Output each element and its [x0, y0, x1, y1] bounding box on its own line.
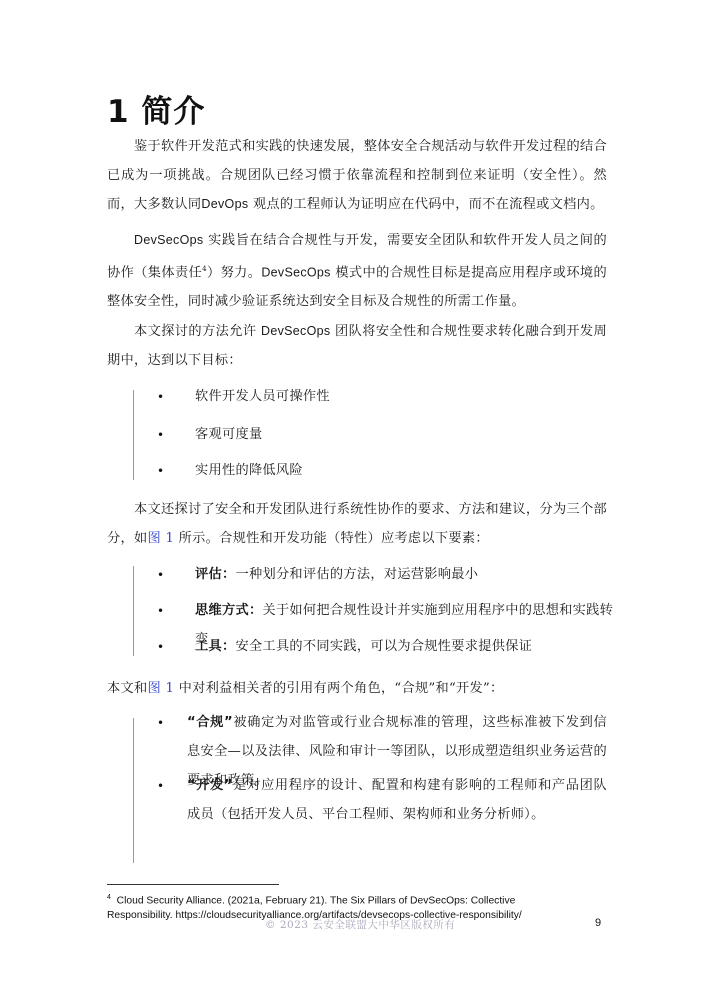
document-page: 1 简介 鉴于软件开发范式和实践的快速发展，整体安全合规活动与软件开发过程的结合…: [0, 0, 710, 1004]
figure-1-link[interactable]: 图 1: [147, 681, 174, 696]
bullet-icon: •: [157, 390, 164, 404]
section-heading: 1 简介: [107, 86, 205, 131]
paragraph-goals-intro: 本文探讨的方法允许 DevSecOps 团队将安全性和合规性要求转化融合到开发周…: [107, 317, 607, 375]
list-bar: [133, 390, 134, 480]
list-bar: [133, 718, 134, 863]
paragraph-elements-intro: 本文还探讨了安全和开发团队进行系统性协作的要求、方法和建议，分为三个部分，如图 …: [107, 495, 607, 553]
bullet-icon: •: [157, 464, 164, 478]
list-item: “开发”是对应用程序的设计、配置和构建有影响的工程师和产品团队成员（包括开发人员…: [187, 771, 607, 829]
bullet-icon: •: [157, 779, 164, 793]
list-item: 评估：一种划分和评估的方法，对运营影响最小: [195, 560, 615, 589]
section-title: 简介: [141, 94, 205, 130]
list-item: 实用性的降低风险: [195, 456, 615, 485]
footnote-divider: [107, 884, 279, 885]
list-item: 客观可度量: [195, 420, 615, 449]
bullet-icon: •: [157, 640, 164, 654]
list-bar: [133, 566, 134, 656]
figure-1-link[interactable]: 图 1: [147, 531, 174, 546]
list-item: 工具：安全工具的不同实践，可以为合规性要求提供保证: [195, 632, 615, 661]
bullet-icon: •: [157, 428, 164, 442]
copyright-footer: © 2023 云安全联盟大中华区版权所有: [265, 917, 455, 932]
bullet-icon: •: [157, 716, 164, 730]
page-number: 9: [595, 917, 601, 929]
list-item: 软件开发人员可操作性: [195, 382, 615, 411]
bullet-icon: •: [157, 568, 164, 582]
bullet-icon: •: [157, 604, 164, 618]
paragraph-devsecops: DevSecOps 实践旨在结合合规性与开发，需要安全团队和软件开发人员之间的协…: [107, 226, 607, 316]
paragraph-intro: 鉴于软件开发范式和实践的快速发展，整体安全合规活动与软件开发过程的结合已成为一项…: [107, 132, 607, 219]
paragraph-roles-intro: 本文和图 1 中对利益相关者的引用有两个角色，“合规”和“开发”：: [107, 674, 607, 703]
section-number: 1: [107, 94, 130, 130]
